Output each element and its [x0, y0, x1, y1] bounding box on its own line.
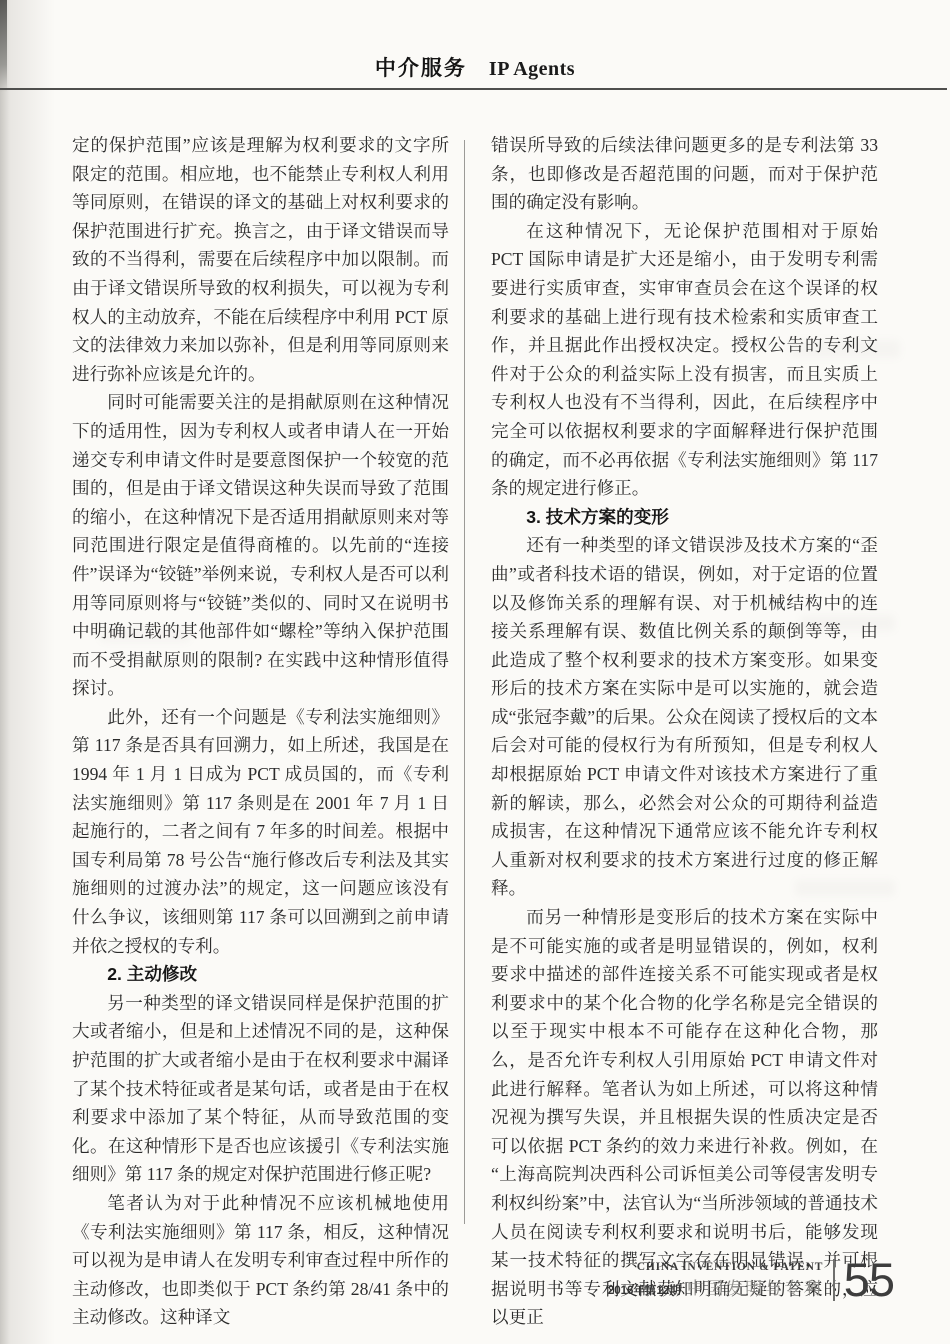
footer-journal-en: CHINA INVENTION & PATENT: [608, 1261, 823, 1273]
footer-line2: 2016年第12期 中国发明与专利: [608, 1274, 823, 1299]
page-number: 55: [844, 1256, 894, 1303]
paragraph: 笔者认为对于此种情况不应该机械地使用《专利法实施细则》第 117 条，相反，这种…: [72, 1189, 449, 1332]
paragraph: 定的保护范围”应该是理解为权利要求的文字所限定的范围。相应地，也不能禁止专利权人…: [72, 131, 449, 388]
section-title-cn: 中介服务: [375, 57, 467, 80]
section-heading: 2. 主动修改: [72, 960, 449, 989]
section-title-en: IP Agents: [489, 58, 575, 80]
paragraph: 错误所导致的后续法律问题更多的是专利法第 33 条，也即修改是否超范围的问题，而…: [491, 131, 878, 217]
left-column: 定的保护范围”应该是理解为权利要求的文字所限定的范围。相应地，也不能禁止专利权人…: [72, 131, 449, 1332]
paragraph: 还有一种类型的译文错误涉及技术方案的“歪曲”或者科技术语的错误，例如，对于定语的…: [491, 531, 878, 903]
paragraph: 此外，还有一个问题是《专利法实施细则》第 117 条是否具有回溯力，如上所述，我…: [72, 703, 449, 960]
paragraph: 同时可能需要关注的是捐献原则在这种情况下的适用性，因为专利权人或者申请人在一开始…: [72, 388, 449, 703]
page-footer: CHINA INVENTION & PATENT 2016年第12期 中国发明与…: [608, 1256, 894, 1303]
right-column: 错误所导致的后续法律问题更多的是专利法第 33 条，也即修改是否超范围的问题，而…: [491, 131, 878, 1332]
column-divider: [464, 140, 465, 1224]
footer-divider: [833, 1259, 835, 1301]
page-header: 中介服务IP Agents: [0, 52, 950, 82]
paragraph: 在这种情况下，无论保护范围相对于原始 PCT 国际申请是扩大还是缩小，由于发明专…: [491, 217, 878, 503]
section-heading: 3. 技术方案的变形: [491, 503, 878, 532]
scan-gutter-shadow: [0, 0, 60, 1344]
header-rule: [0, 88, 947, 90]
footer-journal-cn: 中国发明与专利: [687, 1274, 824, 1299]
footer-text-block: CHINA INVENTION & PATENT 2016年第12期 中国发明与…: [608, 1261, 823, 1299]
footer-issue: 2016年第12期: [608, 1282, 681, 1298]
paragraph: 另一种类型的译文错误同样是保护范围的扩大或者缩小，但是和上述情况不同的是，这种保…: [72, 989, 449, 1189]
magazine-page: 中介服务IP Agents 定的保护范围”应该是理解为权利要求的文字所限定的范围…: [0, 0, 950, 1344]
